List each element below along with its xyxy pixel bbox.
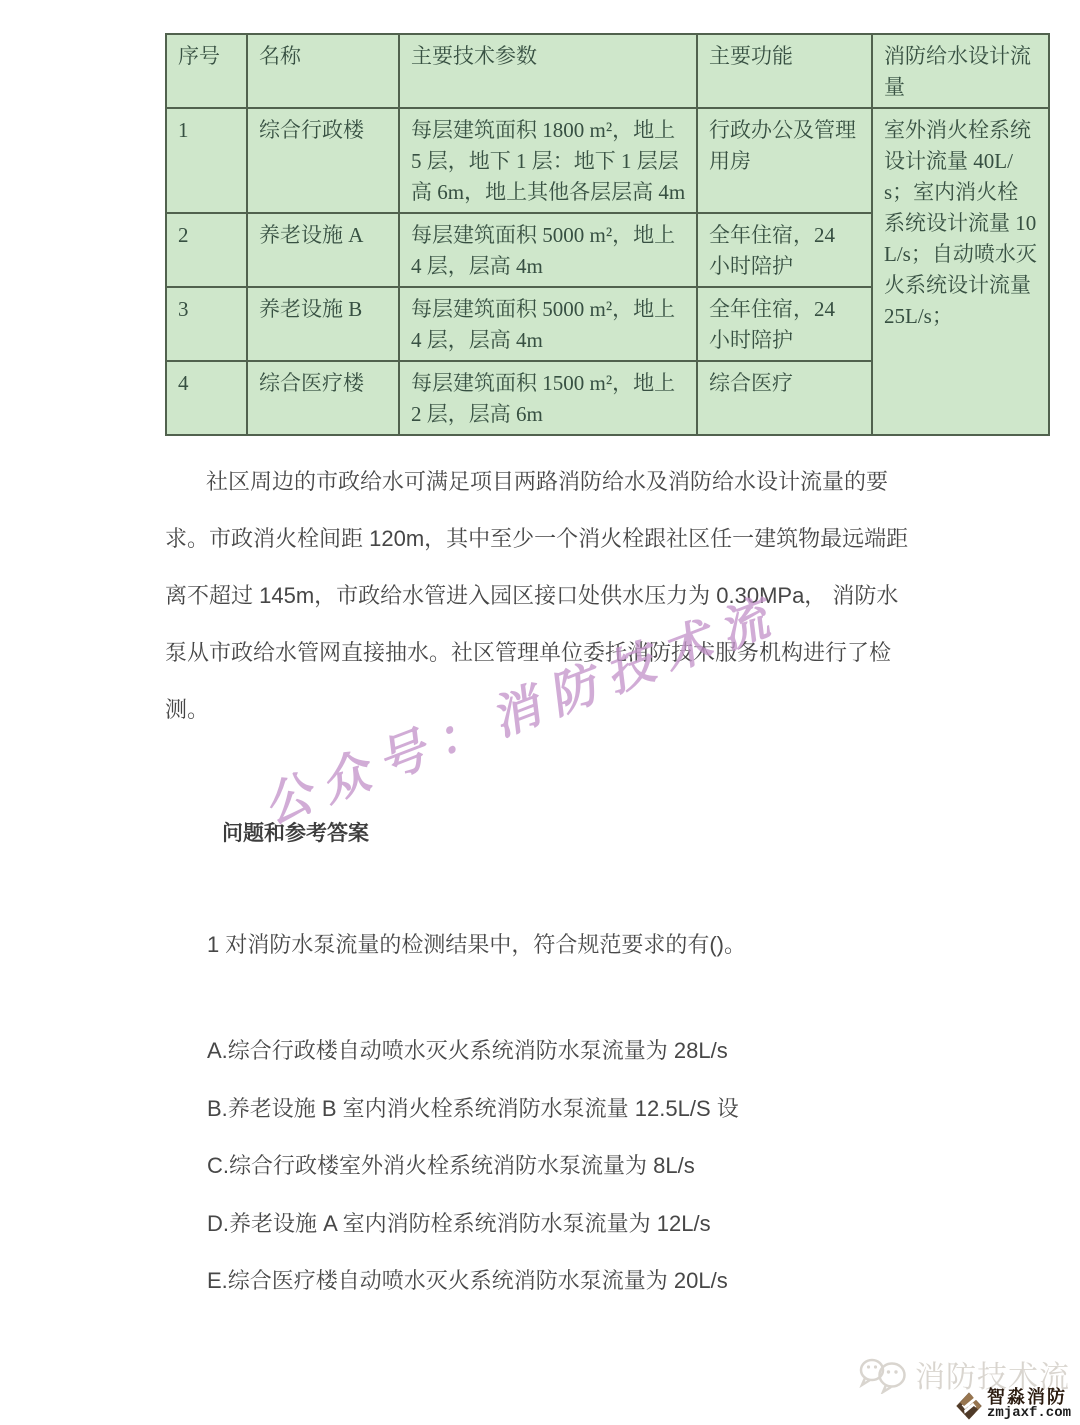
cell-name: 养老设施 A [247, 213, 399, 287]
header-seq: 序号 [166, 34, 247, 108]
diamond-z-logo-icon [956, 1392, 982, 1420]
option-d: D.养老设施 A 室内消防栓系统消防水泵流量为 12L/s [207, 1195, 739, 1253]
header-function: 主要功能 [697, 34, 872, 108]
cell-seq: 2 [166, 213, 247, 287]
cell-function: 全年住宿，24 小时陪护 [697, 213, 872, 287]
paragraph-line: 社区周边的市政给水可满足项目两路消防给水及消防给水设计流量的要 [165, 453, 955, 510]
cell-name: 综合行政楼 [247, 108, 399, 213]
cell-seq: 3 [166, 287, 247, 361]
cell-params: 每层建筑面积 5000 m²，地上 4 层，层高 4m [399, 287, 697, 361]
header-params: 主要技术参数 [399, 34, 697, 108]
cell-design-flow: 室外消火栓系统设计流量 40L/s；室内消火栓系统设计流量 10L/s；自动喷水… [872, 108, 1049, 435]
cell-params: 每层建筑面积 5000 m²，地上 4 层，层高 4m [399, 213, 697, 287]
option-a: A.综合行政楼自动喷水灭火系统消防水泵流量为 28L/s [207, 1022, 739, 1080]
header-name: 名称 [247, 34, 399, 108]
option-e: E.综合医疗楼自动喷水灭火系统消防水泵流量为 20L/s [207, 1252, 739, 1310]
brand-footer: 智淼消防 zmjaxf.com [956, 1388, 1071, 1421]
question-text: 1 对消防水泵流量的检测结果中，符合规范要求的有()。 [207, 928, 746, 959]
cell-function: 综合医疗 [697, 361, 872, 435]
building-parameters-table: 序号 名称 主要技术参数 主要功能 消防给水设计流量 1 综合行政楼 每层建筑面… [165, 33, 1050, 436]
cell-name: 综合医疗楼 [247, 361, 399, 435]
cell-params: 每层建筑面积 1500 m²，地上 2 层，层高 6m [399, 361, 697, 435]
paragraph-line: 离不超过 145m，市政给水管进入园区接口处供水压力为 0.30MPa， 消防水 [165, 567, 955, 624]
table-row: 1 综合行政楼 每层建筑面积 1800 m²，地上 5 层，地下 1 层：地下 … [166, 108, 1049, 213]
cell-seq: 1 [166, 108, 247, 213]
cell-function: 全年住宿，24 小时陪护 [697, 287, 872, 361]
paragraph-line: 测。 [165, 681, 955, 738]
paragraph-line: 求。市政消火栓间距 120m，其中至少一个消火栓跟社区任一建筑物最远端距 [165, 510, 955, 567]
cell-params: 每层建筑面积 1800 m²，地上 5 层，地下 1 层：地下 1 层层高 6m… [399, 108, 697, 213]
cell-function: 行政办公及管理用房 [697, 108, 872, 213]
option-c: C.综合行政楼室外消火栓系统消防水泵流量为 8L/s [207, 1137, 739, 1195]
scenario-paragraph: 社区周边的市政给水可满足项目两路消防给水及消防给水设计流量的要 求。市政消火栓间… [165, 453, 955, 738]
header-design-flow: 消防给水设计流量 [872, 34, 1049, 108]
cell-name: 养老设施 B [247, 287, 399, 361]
cell-seq: 4 [166, 361, 247, 435]
document-page: 序号 名称 主要技术参数 主要功能 消防给水设计流量 1 综合行政楼 每层建筑面… [0, 0, 1080, 1425]
option-b: B.养老设施 B 室内消火栓系统消防水泵流量 12.5L/S 设 [207, 1080, 739, 1138]
table-header-row: 序号 名称 主要技术参数 主要功能 消防给水设计流量 [166, 34, 1049, 108]
answer-options: A.综合行政楼自动喷水灭火系统消防水泵流量为 28L/s B.养老设施 B 室内… [207, 1022, 739, 1310]
qa-section-heading: 问题和参考答案 [222, 817, 369, 847]
paragraph-line: 泵从市政给水管网直接抽水。社区管理单位委托消防技术服务机构进行了检 [165, 624, 955, 681]
wechat-bubbles-icon [857, 1354, 909, 1394]
brand-site: zmjaxf.com [987, 1406, 1071, 1421]
brand-name: 智淼消防 [987, 1388, 1071, 1406]
